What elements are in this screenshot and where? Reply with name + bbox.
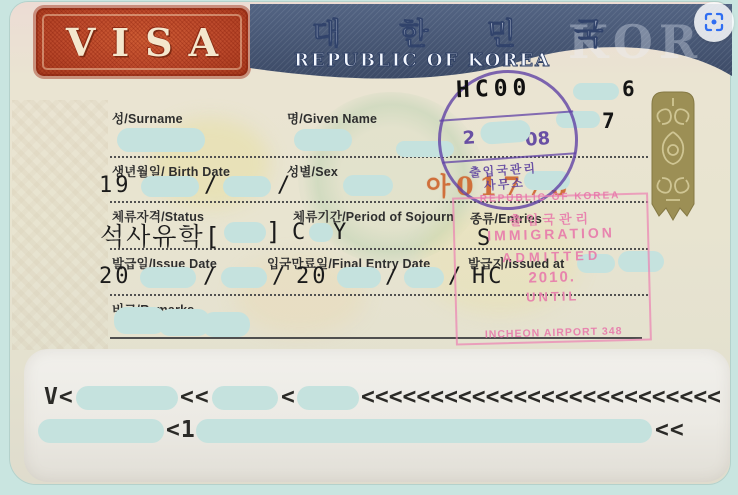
issued-at-value: HC — [472, 264, 505, 289]
redaction — [404, 267, 444, 288]
visual-lookup-button[interactable] — [694, 2, 734, 42]
redaction — [212, 386, 278, 410]
remarks-underline — [110, 337, 642, 339]
redaction — [140, 267, 196, 288]
entries-label: 종류/Entries — [470, 209, 542, 227]
mrz-line1-filler: <<<<<<<<<<<<<<<<<<<<<<<<<< — [361, 384, 721, 410]
stamp-korean-line2: 사무소 — [484, 174, 526, 194]
visa-title-block: VISA — [36, 8, 248, 76]
guilloche-left-pattern — [12, 100, 108, 350]
date-slash: / — [272, 264, 288, 289]
redaction — [38, 419, 164, 443]
status-value: 석사유학[ — [100, 217, 222, 253]
visa-number-digit: 6 — [622, 77, 635, 101]
mrz-line1-separator: << — [180, 384, 210, 410]
surname-label: 성/Surname — [112, 109, 183, 127]
redaction — [224, 222, 266, 243]
given-name-label: 명/Given Name — [287, 109, 377, 127]
visa-number-digit: 7 — [602, 109, 615, 133]
visa-photo: VISA KOR 대 한 민 국 REPUBLIC OF KOREA — [0, 0, 738, 495]
birth-date-prefix: 19 — [99, 173, 132, 198]
mrz-panel — [24, 349, 730, 482]
sojourn-value-part1: C — [292, 220, 308, 245]
redaction — [309, 223, 333, 242]
redaction — [117, 128, 205, 152]
date-slash: / — [277, 173, 293, 198]
date-slash: / — [448, 264, 464, 289]
issue-date-prefix: 20 — [99, 264, 132, 289]
mrz-line2-number: <1 — [166, 417, 196, 443]
redaction — [618, 251, 664, 272]
gold-ornament — [644, 88, 702, 226]
status-value-bracket: ] — [266, 217, 283, 246]
redaction — [573, 83, 619, 100]
redaction — [221, 267, 267, 288]
mrz-line1-start: V< — [44, 384, 74, 410]
row-separator — [110, 294, 648, 296]
entries-value: S — [477, 226, 493, 251]
redaction — [76, 386, 178, 410]
redaction — [577, 254, 615, 273]
final-entry-prefix: 20 — [296, 264, 329, 289]
header-band: KOR 대 한 민 국 REPUBLIC OF KOREA — [250, 4, 732, 82]
redaction — [337, 267, 381, 288]
visual-lookup-icon — [703, 11, 725, 33]
redaction — [141, 176, 199, 197]
mrz-line1-separator: < — [281, 384, 296, 410]
country-name-korean: 대 한 민 국 — [312, 17, 627, 52]
redaction — [480, 119, 531, 144]
stamp-date-left: 2 — [462, 127, 476, 149]
redaction — [196, 419, 652, 443]
date-slash: / — [204, 173, 220, 198]
redaction — [297, 386, 359, 410]
country-name-english: REPUBLIC OF KOREA — [294, 50, 551, 71]
redaction — [202, 312, 250, 337]
sex-label: 성별/Sex — [287, 162, 338, 180]
redaction — [223, 176, 271, 197]
visa-code-overlay: HC00 — [456, 75, 532, 104]
sojourn-value-part2: Y — [333, 220, 349, 245]
redaction — [294, 129, 352, 151]
date-slash: / — [385, 264, 401, 289]
redaction — [343, 175, 393, 196]
date-slash: / — [203, 264, 219, 289]
mrz-line2-end: << — [655, 417, 685, 443]
visa-title: VISA — [36, 8, 248, 76]
